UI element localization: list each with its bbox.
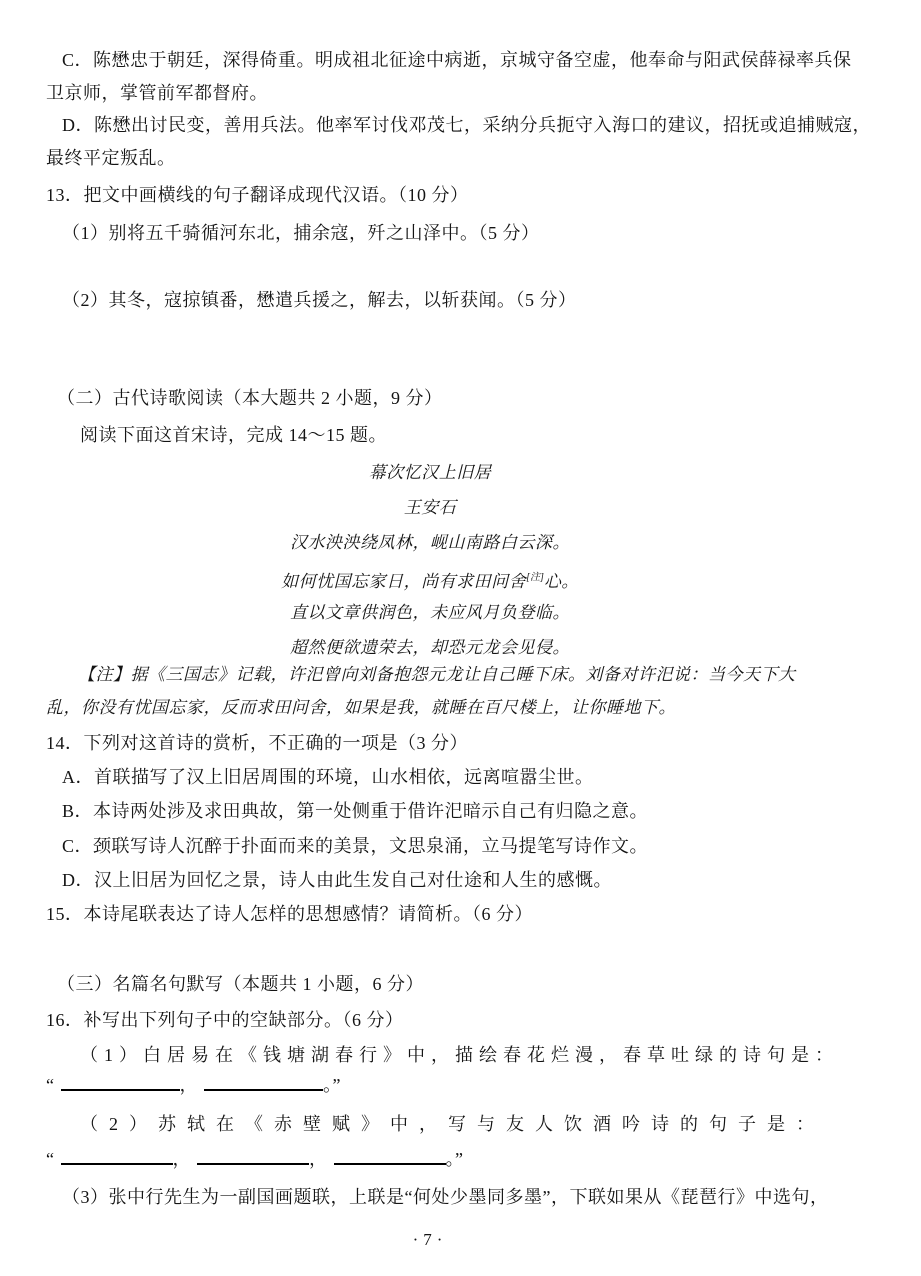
q16-stem: 16．补写出下列句子中的空缺部分。（6 分）: [46, 1008, 404, 1032]
open-quote: “: [46, 1149, 55, 1169]
section-two-intro: 阅读下面这首宋诗，完成 14～15 题。: [80, 423, 387, 447]
poem-note-line1: 【注】据《三国志》记载，许汜曾向刘备抱怨元龙让自己睡下床。刘备对许汜说：当今天下…: [78, 663, 796, 687]
poem-line3: 直以文章供润色，未应风月负登临。: [0, 601, 860, 625]
note-marker: [注]: [526, 572, 544, 583]
poem-note-line2: 乱，你没有忧国忘家，反而求田问舍，如果是我，就睡在百尺楼上，让你睡地下。: [46, 696, 676, 720]
q16-item3: （3）张中行先生为一副国画题联，上联是“何处少墨同多墨”，下联如果从《琵琶行》中…: [62, 1185, 828, 1209]
period: 。: [446, 1149, 456, 1169]
comma: ，: [309, 1149, 328, 1169]
section-three-heading: （三）名篇名句默写（本题共 1 小题，6 分）: [57, 972, 424, 996]
q14-option-b: B．本诗两处涉及求田典故，第一处侧重于借许汜暗示自己有归隐之意。: [62, 799, 648, 823]
q13-part2: （2）其冬，寇掠镇番，懋遣兵援之，解去，以斩获闻。（5 分）: [62, 288, 577, 312]
close-quote: ”: [333, 1075, 342, 1095]
q16-item1: （1）白居易在《钱塘湖春行》中，描绘春花烂漫，春草吐绿的诗句是：: [80, 1043, 839, 1067]
answer-blank: [204, 1073, 323, 1091]
answer-blank: [61, 1073, 180, 1091]
poem-line2-text: 如何忧国忘家日，尚有求田问舍: [281, 572, 526, 591]
comma: ，: [173, 1149, 192, 1169]
q16-item2: （2）苏轼在《赤壁赋》中，写与友人饮酒吟诗的句子是：: [80, 1112, 825, 1136]
q13-part1: （1）别将五千骑循河东北，捕余寇，歼之山泽中。（5 分）: [62, 221, 540, 245]
q14-stem: 14．下列对这首诗的赏析，不正确的一项是（3 分）: [46, 731, 468, 755]
poem-line4: 超然便欲遗荣去，却恐元龙会见侵。: [0, 636, 860, 660]
q14-option-c: C．颈联写诗人沉醉于扑面而来的美景，文思泉涌，立马提笔写诗作文。: [62, 834, 648, 858]
poem-line1: 汉水泱泱绕凤林，岘山南路白云深。: [0, 531, 860, 555]
period: 。: [323, 1075, 333, 1095]
exam-page: C．陈懋忠于朝廷，深得倚重。明成祖北征途中病逝，京城守备空虚，他奉命与阳武侯薛禄…: [0, 0, 921, 1276]
comma: ，: [180, 1075, 199, 1095]
answer-blank: [61, 1147, 173, 1165]
page-number: ·7·: [0, 1228, 860, 1252]
poem-line2: 如何忧国忘家日，尚有求田问舍[注]心。: [0, 566, 860, 594]
option-c-line2: 卫京师，掌管前军都督府。: [46, 81, 268, 105]
answer-blank: [197, 1147, 309, 1165]
poem-author: 王安石: [0, 496, 860, 520]
q16-item2-blanks: “，，。”: [46, 1147, 464, 1171]
poem-line2-end: 心。: [544, 572, 579, 591]
option-c-line1: C．陈懋忠于朝廷，深得倚重。明成祖北征途中病逝，京城守备空虚，他奉命与阳武侯薛禄…: [62, 48, 852, 72]
poem-title: 幕次忆汉上旧居: [0, 461, 860, 485]
q14-option-d: D．汉上旧居为回忆之景，诗人由此生发自己对仕途和人生的感慨。: [62, 868, 612, 892]
option-d-line2: 最终平定叛乱。: [46, 146, 176, 170]
q15-stem: 15．本诗尾联表达了诗人怎样的思想感情？请简析。（6 分）: [46, 902, 533, 926]
answer-blank: [334, 1147, 446, 1165]
q16-item1-blanks: “，。”: [46, 1073, 341, 1097]
section-two-heading: （二）古代诗歌阅读（本大题共 2 小题，9 分）: [57, 386, 443, 410]
option-d-line1: D．陈懋出讨民变，善用兵法。他率军讨伐邓茂七，采纳分兵扼守入海口的建议，招抚或追…: [62, 113, 871, 137]
q13-stem: 13．把文中画横线的句子翻译成现代汉语。（10 分）: [46, 183, 469, 207]
open-quote: “: [46, 1075, 55, 1095]
close-quote: ”: [455, 1149, 464, 1169]
q14-option-a: A．首联描写了汉上旧居周围的环境，山水相依，远离喧嚣尘世。: [62, 765, 594, 789]
